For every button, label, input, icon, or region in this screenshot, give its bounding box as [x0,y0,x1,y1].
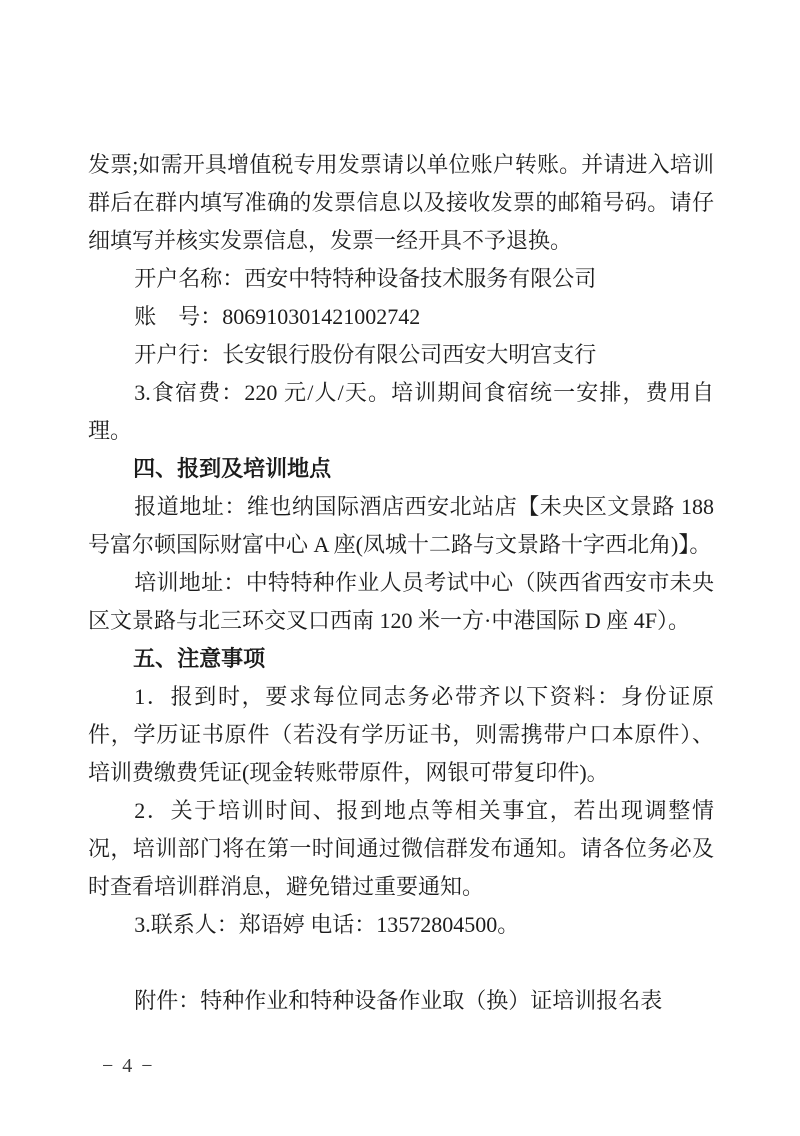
attachment-line: 附件：特种作业和特种设备作业取（换）证培训报名表 [88,982,714,1020]
page-number: − 4 − [102,1052,155,1080]
section-heading-report-location: 四、报到及培训地点 [88,450,714,488]
paragraph-training-address: 培训地址：中特特种作业人员考试中心（陕西省西安市未央区文景路与北三环交叉口西南 … [88,564,714,640]
bank-account-number-line: 账 号：806910301421002742 [88,298,714,336]
section-heading-notes: 五、注意事项 [88,640,714,678]
paragraph-report-address: 报道地址：维也纳国际酒店西安北站店【未央区文景路 188 号富尔顿国际财富中心 … [88,488,714,564]
paragraph-note-1: 1．报到时，要求每位同志务必带齐以下资料：身份证原件，学历证书原件（若没有学历证… [88,678,714,792]
document-page: 发票;如需开具增值税专用发票请以单位账户转账。并请进入培训群后在群内填写准确的发… [0,0,800,1136]
fee-line: 3.食宿费：220 元/人/天。培训期间食宿统一安排，费用自理。 [88,374,714,450]
paragraph-invoice-continuation: 发票;如需开具增值税专用发票请以单位账户转账。并请进入培训群后在群内填写准确的发… [88,146,714,260]
bank-branch-line: 开户行：长安银行股份有限公司西安大明宫支行 [88,336,714,374]
document-body: 发票;如需开具增值税专用发票请以单位账户转账。并请进入培训群后在群内填写准确的发… [88,146,714,1020]
paragraph-note-2: 2．关于培训时间、报到地点等相关事宜，若出现调整情况，培训部门将在第一时间通过微… [88,792,714,906]
bank-account-name-line: 开户名称：西安中特特种设备技术服务有限公司 [88,260,714,298]
blank-line-spacer [88,944,714,982]
paragraph-note-3-contact: 3.联系人：郑语婷 电话：13572804500。 [88,906,714,944]
